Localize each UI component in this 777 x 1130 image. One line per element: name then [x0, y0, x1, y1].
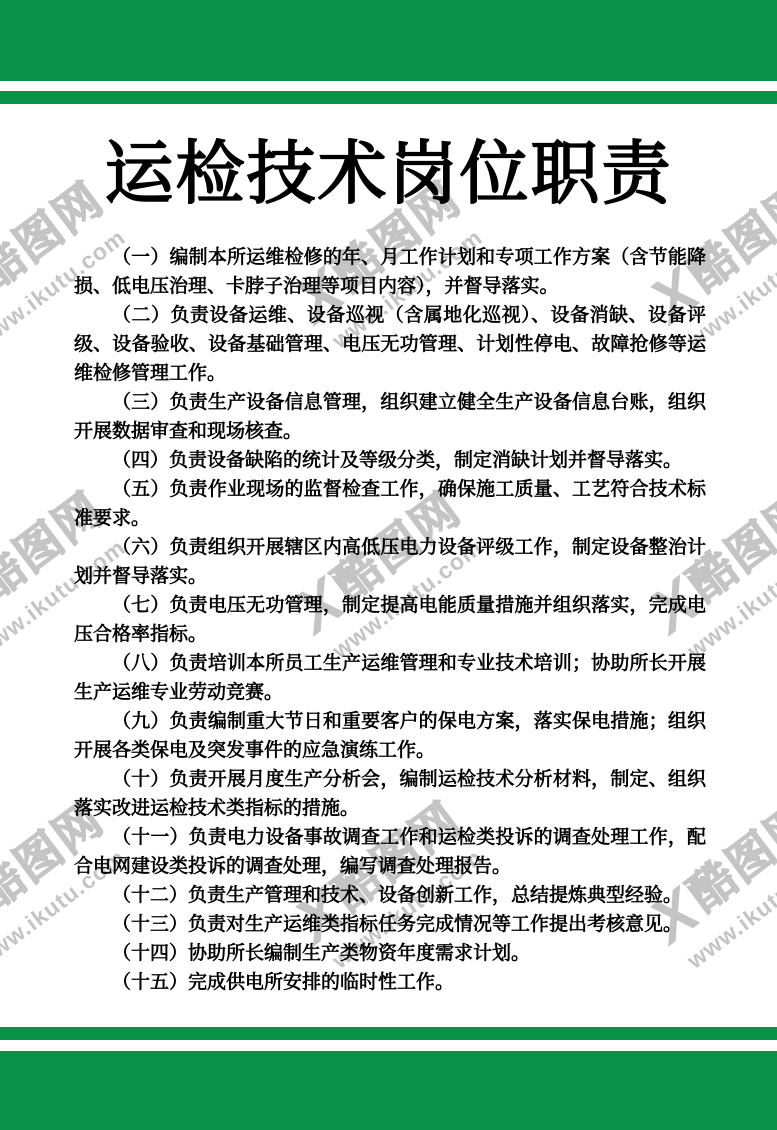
- duty-paragraph: （五）负责作业现场的监督检查工作，确保施工质量、工艺符合技术标准要求。: [74, 475, 706, 533]
- duty-paragraph: （二）负责设备运维、设备巡视（含属地化巡视）、设备消缺、设备评级、设备验收、设备…: [74, 301, 706, 388]
- duty-paragraph: （十三）负责对生产运维类指标任务完成情况等工作提出考核意见。: [74, 910, 706, 939]
- duty-paragraph: （八）负责培训本所员工生产运维管理和专业技术培训；协助所长开展生产运维专业劳动竞…: [74, 649, 706, 707]
- top-green-stripe: [0, 91, 777, 104]
- poster-page: X酷图网 www.ikutu.com X酷图网 www.ikutu.com X酷…: [0, 0, 777, 1130]
- duty-paragraph: （十四）协助所长编制生产类物资年度需求计划。: [74, 939, 706, 968]
- duty-list: （一）编制本所运维检修的年、月工作计划和专项工作方案（含节能降损、低电压治理、卡…: [74, 243, 706, 997]
- duty-paragraph: （十二）负责生产管理和技术、设备创新工作，总结提炼典型经验。: [74, 881, 706, 910]
- page-title: 运检技术岗位职责: [0, 136, 777, 212]
- duty-paragraph: （七）负责电压无功管理，制定提高电能质量措施并组织落实，完成电压合格率指标。: [74, 591, 706, 649]
- duty-paragraph: （十一）负责电力设备事故调查工作和运检类投诉的调查处理工作，配合电网建设类投诉的…: [74, 823, 706, 881]
- poster-content: 运检技术岗位职责 （一）编制本所运维检修的年、月工作计划和专项工作方案（含节能降…: [0, 0, 777, 1130]
- duty-paragraph: （三）负责生产设备信息管理，组织建立健全生产设备信息台账，组织开展数据审查和现场…: [74, 388, 706, 446]
- duty-paragraph: （十五）完成供电所安排的临时性工作。: [74, 968, 706, 997]
- duty-paragraph: （四）负责设备缺陷的统计及等级分类，制定消缺计划并督导落实。: [74, 446, 706, 475]
- duty-paragraph: （一）编制本所运维检修的年、月工作计划和专项工作方案（含节能降损、低电压治理、卡…: [74, 243, 706, 301]
- bottom-green-stripe: [0, 1027, 777, 1040]
- bottom-green-band: [0, 1051, 777, 1130]
- duty-paragraph: （十）负责开展月度生产分析会，编制运检技术分析材料，制定、组织落实改进运检技术类…: [74, 765, 706, 823]
- duty-paragraph: （六）负责组织开展辖区内高低压电力设备评级工作，制定设备整治计划并督导落实。: [74, 533, 706, 591]
- top-green-band: [0, 0, 777, 81]
- duty-paragraph: （九）负责编制重大节日和重要客户的保电方案，落实保电措施；组织开展各类保电及突发…: [74, 707, 706, 765]
